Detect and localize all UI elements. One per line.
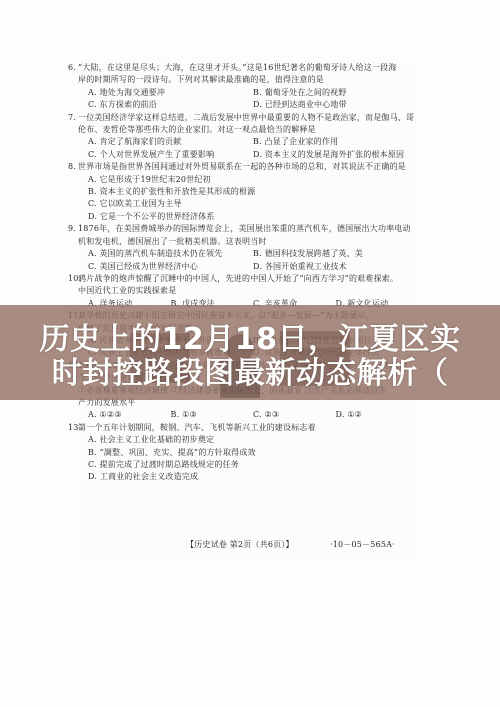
answer-option: B. “調整、巩固、充实、提高”的方针取得成效 [88,447,418,459]
answer-option: B. 资本主义的扩张性和开放性是其形成的根源 [88,186,418,198]
answer-option: C. 美国已经成为世界经济中心 [88,261,253,273]
answer-option: D. 已经到达商业中心地带 [253,99,418,111]
question-8: 8.世界市场是指世界各国间通过对外贸易联系在一起的各种市场的总和，对其说法不正确… [78,161,418,223]
answer-option: C. 东方探索的前沿 [88,99,253,111]
answer-options: A. 它是形成于19世纪末20世纪初B. 资本主义的扩张性和开放性是其形成的根源… [78,174,418,224]
question-number: 6. [68,62,76,74]
question-stem-line: 一位美国经济学家这样总结道，二战后发展中世界中最重要的人物不是政治家，而是伽马、… [78,112,418,124]
answer-option: C. 提前完成了过渡时期总路线规定的任务 [88,459,418,471]
question-stem-line: 鸦片战争的炮声惊醒了沉睡中的中国人，先进的中国人开始了“向西方学习”的艰难探索。 [78,273,418,285]
answer-options: A. 社会主义工业化基础的初步奠定B. “調整、巩固、充实、提高”的方针取得成效… [78,434,418,484]
question-number: 7. [68,112,76,124]
answer-option: B. 葡萄牙处在之间的视野 [253,87,418,99]
answer-option: D. 工商业的社会主义改造完成 [88,471,418,483]
answer-option: C. 它以欧美工业国为主导 [88,198,418,210]
banner-headline-line-2: 时封控路段图最新动态解析（ [0,357,500,391]
answer-option: B. 德国科技发展跨越了英、美 [253,248,418,260]
question-stem-line: 伦布、麦哲伦等那些伟大的企业家们。对这一观点最恰当的解释是 [78,124,418,136]
answer-option: A. 它是形成于19世纪末20世纪初 [88,174,418,186]
question-number: 13. [68,422,81,434]
answer-options: A. 地处为海交通要冲B. 葡萄牙处在之间的视野C. 东方探索的前沿D. 已经到… [78,87,418,112]
answer-options: A. 肯定了航海家们的贡献B. 凸显了企业家的作用C. 个人对世界发展产生了重要… [78,136,418,161]
question-stem-line: 岸的时期所写的一段诗句。下列对其解读最准确的是，值得注意的是 [78,74,418,86]
banner-headline: 历史上的12月18日，江夏区实 时封控路段图最新动态解析（ [0,323,500,391]
question-stem-line: 中国近代工业的实践探索是 [78,285,418,297]
answer-option: D. 各国开始重视工业技术 [253,261,418,273]
answer-option: A. 社会主义工业化基础的初步奠定 [88,434,418,446]
answer-option: B. 凸显了企业家的作用 [253,136,418,148]
question-stem-line: 1876年，在美国费城举办的国际博览会上，美国展出笨重的蒸汽机车，德国展出大功率… [78,223,418,235]
question-13: 13.第一个五年计划期间，鞍钢、汽车、飞机等新兴工业的建设标志着A. 社会主义工… [78,422,418,484]
footer-code: ·10－05－565A· [330,539,395,551]
question-number: 10. [68,273,81,285]
answer-option: A. 地处为海交通要冲 [88,87,253,99]
question-stem-line: 第一个五年计划期间，鞍钢、汽车、飞机等新兴工业的建设标志着 [78,422,418,434]
question-7: 7.一位美国经济学家这样总结道，二战后发展中世界中最重要的人物不是政治家，而是伽… [78,112,418,162]
answer-option: D. ①② [336,409,419,421]
answer-option: B. ①③ [171,409,254,421]
question-9: 9.1876年，在美国费城举办的国际博览会上，美国展出笨重的蒸汽机车，德国展出大… [78,223,418,273]
question-number: 8. [68,161,76,173]
answer-options: A. ①②③B. ①③C. ②③D. ①② [78,409,418,421]
answer-options: A. 英国的蒸汽机车制造技术仍在领先B. 德国科技发展跨越了英、美C. 美国已经… [78,248,418,273]
answer-option: D. 它是一个不公平的世界经济体系 [88,211,418,223]
title-banner: 历史上的12月18日，江夏区实 时封控路段图最新动态解析（ [0,305,500,400]
answer-option: A. 英国的蒸汽机车制造技术仍在领先 [88,248,253,260]
question-list: 6.“大陆，在这里是尽头；大海，在这里才开头。”这是16世纪著名的葡萄牙诗人给这… [78,62,418,484]
banner-headline-line-1: 历史上的12月18日，江夏区实 [0,323,500,357]
question-stem-line: 世界市场是指世界各国间通过对外贸易联系在一起的各种市场的总和，对其说法不正确的是 [78,161,418,173]
question-stem-line: 机和发电机，德国展出了一批精美机器。这表明当时 [78,236,418,248]
answer-option: C. ②③ [253,409,336,421]
answer-option: C. 个人对世界发展产生了重要影响 [88,149,253,161]
answer-option: A. ①②③ [88,409,171,421]
question-number: 9. [68,223,76,235]
footer-page-label: 【历史试卷 第2页（共6页）】 [186,539,294,551]
answer-option: A. 肯定了航海家们的贡献 [88,136,253,148]
question-stem-line: “大陆，在这里是尽头；大海，在这里才开头。”这是16世纪著名的葡萄牙诗人给这一段… [78,62,418,74]
question-6: 6.“大陆，在这里是尽头；大海，在这里才开头。”这是16世纪著名的葡萄牙诗人给这… [78,62,418,112]
answer-option: D. 资本主义的发展是海外扩张的根本原因 [253,149,418,161]
